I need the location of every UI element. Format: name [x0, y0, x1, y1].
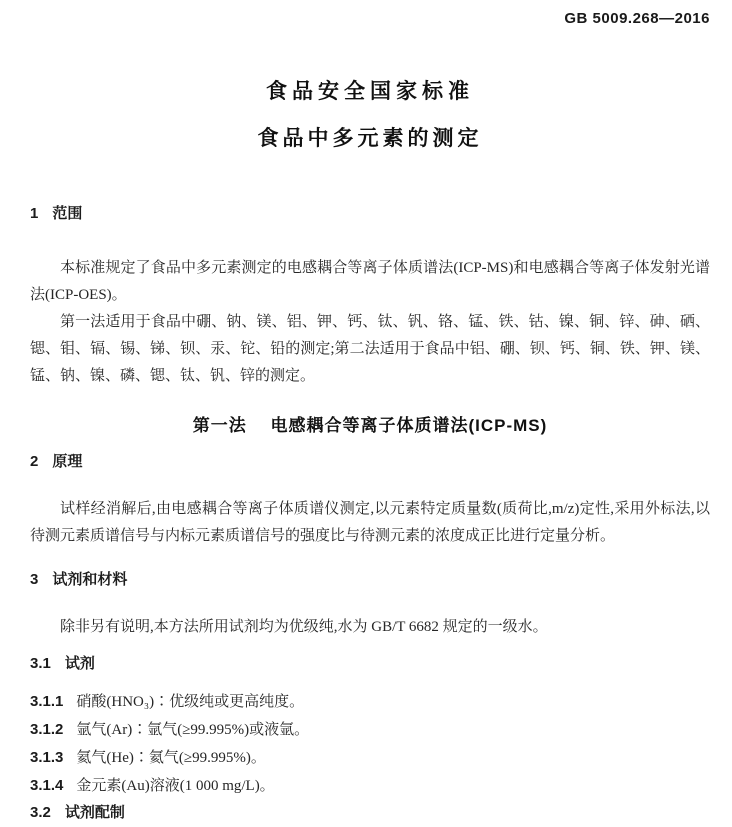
section-scope-heading: 1 范围: [30, 204, 710, 224]
section-reagents-heading: 3 试剂和材料: [30, 570, 710, 590]
section-scope-title: 范围: [52, 204, 82, 224]
reagent-list: 3.1.1 硝酸(HNO₃)∶优级纯或更高纯度。 3.1.2 氩气(Ar)∶氩气…: [30, 688, 710, 800]
section-principle-heading: 2 原理: [30, 452, 710, 472]
reagents-paragraph: 除非另有说明,本方法所用试剂均为优级纯,水为 GB/T 6682 规定的一级水。: [30, 614, 710, 641]
list-item: 3.1.2 氩气(Ar)∶氩气(≥99.995%)或液氩。: [30, 716, 710, 744]
scope-paragraph-1: 本标准规定了食品中多元素测定的电感耦合等离子体质谱法(ICP-MS)和电感耦合等…: [30, 255, 710, 309]
scope-paragraph-2: 第一法适用于食品中硼、钠、镁、铝、钾、钙、钛、钒、铬、锰、铁、钴、镍、铜、锌、砷…: [30, 309, 710, 390]
document-page: GB 5009.268—2016 食品安全国家标准 食品中多元素的测定 1 范围…: [0, 0, 732, 827]
principle-paragraph: 试样经消解后,由电感耦合等离子体质谱仪测定,以元素特定质量数(质荷比,m/z)定…: [30, 496, 710, 550]
list-item-number: 3.1.2: [30, 716, 63, 743]
subsection-preparation-title: 试剂配制: [65, 803, 125, 823]
method1-heading: 第一法 电感耦合等离子体质谱法(ICP-MS): [30, 414, 710, 438]
list-item-number: 3.1.3: [30, 744, 63, 771]
list-item-text: 氩气(Ar)∶氩气(≥99.995%)或液氩。: [76, 717, 309, 744]
list-item: 3.1.3 氦气(He)∶氦气(≥99.995%)。: [30, 744, 710, 772]
section-scope-number: 1: [30, 204, 38, 224]
list-item-text: 氦气(He)∶氦气(≥99.995%)。: [76, 745, 265, 772]
standard-title: 食品安全国家标准: [30, 78, 710, 105]
list-item: 3.1.1 硝酸(HNO₃)∶优级纯或更高纯度。: [30, 688, 710, 716]
method1-label: 第一法: [193, 416, 247, 435]
section-principle-title: 原理: [52, 452, 82, 472]
list-item: 3.1.4 金元素(Au)溶液(1 000 mg/L)。: [30, 772, 710, 800]
subsection-reagent-title: 试剂: [65, 654, 95, 674]
subsection-reagent-heading: 3.1 试剂: [30, 654, 710, 674]
section-principle-number: 2: [30, 452, 38, 472]
subsection-reagent-number: 3.1: [30, 654, 51, 674]
section-reagents-title: 试剂和材料: [52, 570, 127, 590]
method1-title: 电感耦合等离子体质谱法(ICP-MS): [270, 416, 547, 435]
section-reagents-number: 3: [30, 570, 38, 590]
subsection-preparation-number: 3.2: [30, 803, 51, 823]
list-item-text: 硝酸(HNO₃)∶优级纯或更高纯度。: [76, 689, 304, 716]
list-item-number: 3.1.4: [30, 772, 63, 799]
list-item-text: 金元素(Au)溶液(1 000 mg/L)。: [76, 773, 274, 800]
standard-subtitle: 食品中多元素的测定: [30, 125, 710, 152]
subsection-preparation-heading: 3.2 试剂配制: [30, 803, 710, 823]
list-item-number: 3.1.1: [30, 688, 63, 715]
standard-number: GB 5009.268—2016: [30, 0, 710, 28]
